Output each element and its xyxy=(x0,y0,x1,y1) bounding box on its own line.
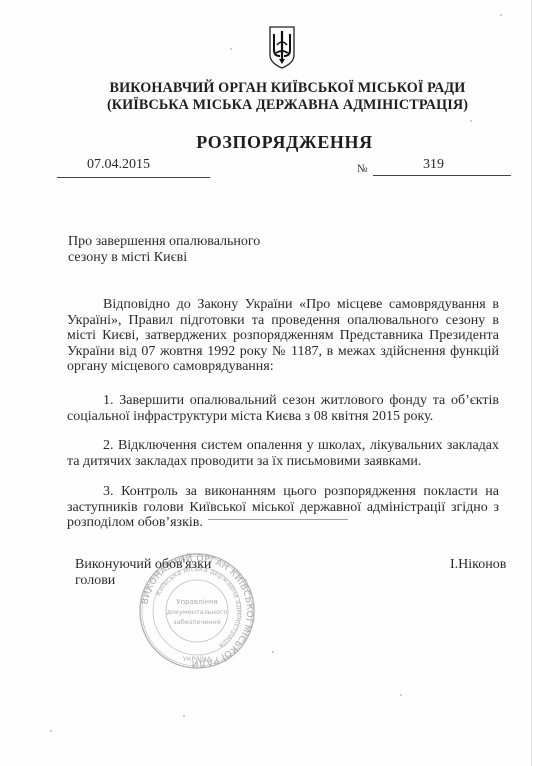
date-field: 07.04.2015 xyxy=(57,157,210,178)
document-page: ВИКОНАВЧИЙ ОРГАН КИЇВСЬКОЇ МІСЬКОЇ РАДИ … xyxy=(0,0,533,766)
number-value: 319 xyxy=(423,157,444,173)
number-sign: № xyxy=(357,163,368,175)
number-field: 319 xyxy=(373,157,511,176)
subject-line1: Про завершення опалювального xyxy=(68,234,260,250)
stamp-center-line3: забезпечення xyxy=(173,618,220,626)
trident-emblem-icon xyxy=(268,25,296,69)
intro-paragraph: Відповідно до Закону України «Про місцев… xyxy=(67,297,499,375)
org-name-line1: ВИКОНАВЧИЙ ОРГАН КИЇВСЬКОЇ МІСЬКОЇ РАДИ xyxy=(21,80,533,97)
date-value: 07.04.2015 xyxy=(87,157,150,173)
subject-line2: сезону в місті Києві xyxy=(68,250,260,266)
document-type-title: РОЗПОРЯДЖЕННЯ xyxy=(18,132,533,153)
subject: Про завершення опалювального сезону в мі… xyxy=(68,234,260,266)
item-3: 3. Контроль за виконанням цього розпоряд… xyxy=(67,484,499,531)
org-name-line2: (КИЇВСЬКА МІСЬКА ДЕРЖАВНА АДМІНІСТРАЦІЯ) xyxy=(21,97,533,114)
official-stamp-icon: ВИКОНАВЧИЙ ОРГАН КИЇВСЬКОЇ МІСЬКОЇ РАДИ … xyxy=(138,552,256,670)
item-2: 2. Відключення систем опалення у школах,… xyxy=(67,438,499,469)
pen-mark xyxy=(208,519,348,520)
stamp-bottom-text: УКРАЇНА xyxy=(183,654,212,663)
signatory-name: І.Ніконов xyxy=(450,557,506,573)
page-edge xyxy=(531,0,532,766)
item-1: 1. Завершити опалювальний сезон житловог… xyxy=(67,393,499,424)
stamp-center-line1: Управління xyxy=(176,598,217,606)
stamp-center-line2: документального xyxy=(167,608,228,616)
